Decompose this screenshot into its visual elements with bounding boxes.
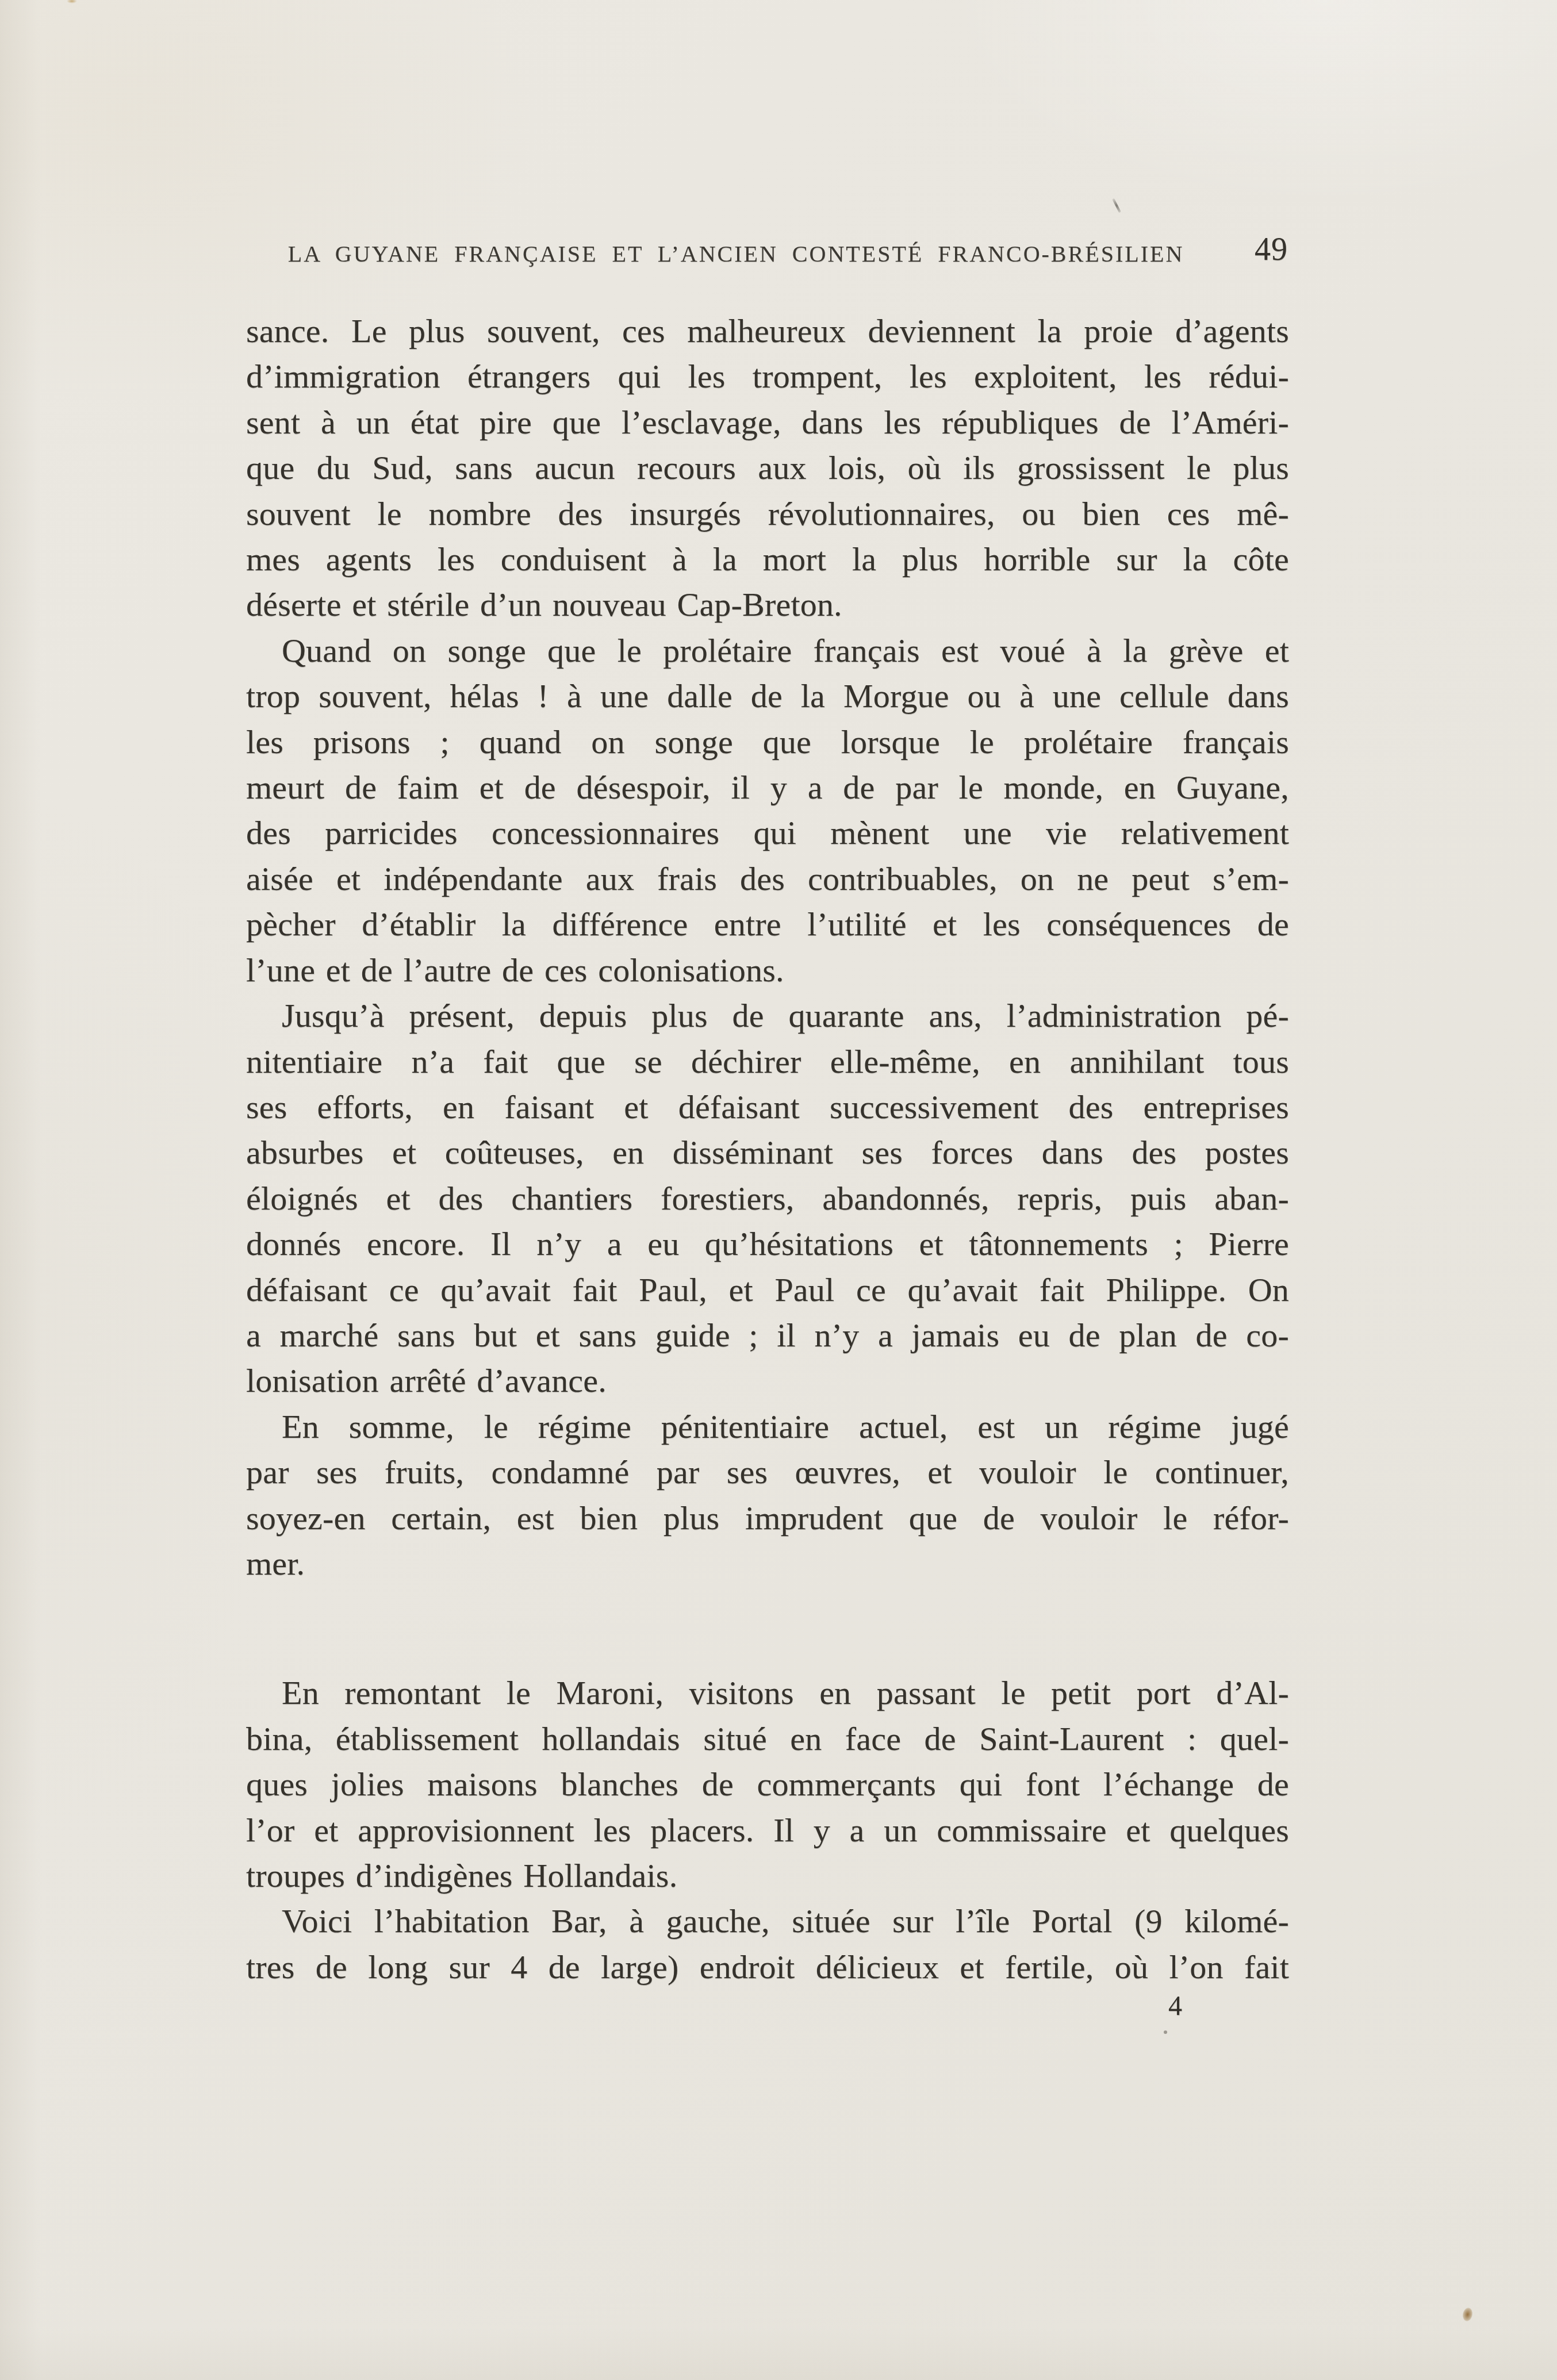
paragraph: Jusqu’à présent, depuis plus de quarante… [246, 993, 1289, 1404]
text-line: sent à un état pire que l’esclavage, dan… [246, 400, 1289, 445]
paragraph: sance. Le plus souvent, ces malheureux d… [246, 308, 1289, 628]
signature-mark: 4 [1168, 1990, 1182, 2022]
text-line: défaisant ce qu’avait fait Paul, et Paul… [246, 1267, 1289, 1312]
text-line: aisée et indépendante aux frais des cont… [246, 856, 1289, 901]
text-line: mes agents les conduisent à la mort la p… [246, 536, 1289, 582]
text-line: ses efforts, en faisant et défaisant suc… [246, 1084, 1289, 1130]
paper-speck [1164, 2030, 1167, 2034]
text-line: l’une et de l’autre de ces colonisations… [246, 947, 1289, 993]
text-line: que du Sud, sans aucun recours aux lois,… [246, 445, 1289, 490]
text-line: tres de long sur 4 de large) endroit dél… [246, 1944, 1289, 1990]
text-line: meurt de faim et de désespoir, il y a de… [246, 765, 1289, 810]
pen-stroke-mark [1112, 198, 1121, 213]
paragraph: En remontant le Maroni, visitons en pass… [246, 1670, 1289, 1898]
text-line: mer. [246, 1541, 1289, 1586]
text-line: En remontant le Maroni, visitons en pass… [246, 1670, 1289, 1715]
text-line: a marché sans but et sans guide ; il n’y… [246, 1312, 1289, 1358]
foxing-spot [1462, 2306, 1474, 2322]
text-line: déserte et stérile d’un nouveau Cap-Bret… [246, 582, 1289, 627]
paragraph: En somme, le régime pénitentiaire actuel… [246, 1404, 1289, 1587]
text-line: pècher d’établir la différence entre l’u… [246, 901, 1289, 947]
text-line: nitentiaire n’a fait que se déchirer ell… [246, 1039, 1289, 1084]
text-line: bina, établissement hollandais situé en … [246, 1716, 1289, 1761]
paper-speck [67, 0, 77, 3]
text-line: les prisons ; quand on songe que lorsque… [246, 719, 1289, 765]
paragraph: Voici l’habitation Bar, à gauche, située… [246, 1898, 1289, 1990]
text-line: souvent le nombre des insurgés révolutio… [246, 491, 1289, 536]
text-line: lonisation arrêté d’avance. [246, 1358, 1289, 1403]
body-text: sance. Le plus souvent, ces malheureux d… [246, 308, 1289, 1990]
page-number: 49 [1255, 231, 1288, 268]
text-line: En somme, le régime pénitentiaire actuel… [246, 1404, 1289, 1449]
text-line: des parricides concessionnaires qui mène… [246, 810, 1289, 855]
text-line: sance. Le plus souvent, ces malheureux d… [246, 308, 1289, 354]
page-edge-shading [0, 0, 40, 2380]
text-line: par ses fruits, condamné par ses œuvres,… [246, 1449, 1289, 1495]
text-line: ques jolies maisons blanches de commerça… [246, 1761, 1289, 1807]
text-line: l’or et approvisionnent les placers. Il … [246, 1807, 1289, 1853]
text-line: Voici l’habitation Bar, à gauche, située… [246, 1898, 1289, 1944]
header-title: LA GUYANE FRANÇAISE ET L’ANCIEN CONTESTÉ… [246, 240, 1226, 267]
text-line: soyez-en certain, est bien plus impruden… [246, 1495, 1289, 1541]
text-line: Quand on songe que le prolétaire françai… [246, 628, 1289, 673]
book-page: LA GUYANE FRANÇAISE ET L’ANCIEN CONTESTÉ… [0, 0, 1557, 2380]
running-header: LA GUYANE FRANÇAISE ET L’ANCIEN CONTESTÉ… [246, 231, 1289, 274]
text-line: d’immigration étrangers qui les trompent… [246, 354, 1289, 399]
text-line: éloignés et des chantiers forestiers, ab… [246, 1176, 1289, 1221]
page-edge-shading [0, 2328, 1557, 2380]
text-line: Jusqu’à présent, depuis plus de quarante… [246, 993, 1289, 1038]
paragraph: Quand on songe que le prolétaire françai… [246, 628, 1289, 993]
text-line: troupes d’indigènes Hollandais. [246, 1853, 1289, 1898]
text-line: trop souvent, hélas ! à une dalle de la … [246, 673, 1289, 719]
text-line: absurbes et coûteuses, en disséminant se… [246, 1130, 1289, 1175]
text-line: donnés encore. Il n’y a eu qu’hésitation… [246, 1221, 1289, 1266]
